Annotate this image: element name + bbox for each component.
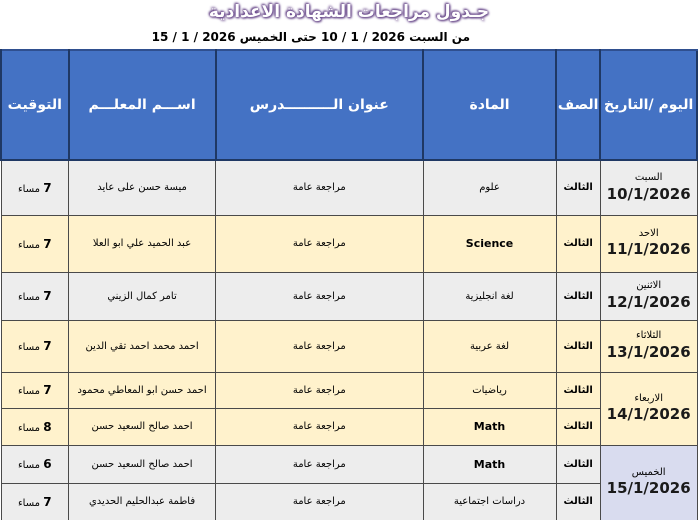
- time-cell: 7 مساء: [1, 272, 69, 320]
- table-row: الاربعاء 14/1/2026 الثالث رياضيات مراجعة…: [1, 372, 697, 408]
- teacher-cell: احمد حسن ابو المعاطي محمود: [69, 372, 216, 408]
- time-suffix: مساء: [18, 184, 43, 195]
- time-suffix: مساء: [18, 292, 43, 303]
- grade-cell: الثالث: [556, 160, 600, 215]
- lesson-title-cell: مراجعة عامة: [216, 160, 423, 215]
- grade-cell: الثالث: [556, 445, 600, 483]
- time-hour: 7: [43, 495, 51, 509]
- day-cell: السبت 10/1/2026: [600, 160, 697, 215]
- day-cell: الاربعاء 14/1/2026: [600, 372, 697, 445]
- lesson-title-cell: مراجعة عامة: [216, 408, 423, 445]
- day-name: الاحد: [601, 228, 697, 241]
- date-range-subtitle: من السبت 2026 / 1 / 10 حتى الخميس 2026 /…: [0, 28, 470, 46]
- table-row: الخميس 15/1/2026 الثالث Math مراجعة عامة…: [1, 445, 697, 483]
- time-cell: 8 مساء: [1, 408, 69, 445]
- day-date: 15/1/2026: [601, 479, 697, 498]
- teacher-cell: ميسة حسن على عايد: [69, 160, 216, 215]
- table-row: الاحد 11/1/2026 الثالث Science مراجعة عا…: [1, 215, 697, 272]
- grade-cell: الثالث: [556, 215, 600, 272]
- time-hour: 7: [43, 237, 51, 251]
- day-cell: الاثنين 12/1/2026: [600, 272, 697, 320]
- table-row: الثالث Math مراجعة عامة احمد صالح السعيد…: [1, 408, 697, 445]
- time-hour: 7: [43, 383, 51, 397]
- header-subject: المادة: [423, 50, 556, 160]
- grade-cell: الثالث: [556, 272, 600, 320]
- day-name: الاربعاء: [601, 393, 697, 406]
- subject-cell: لغة انجليزية: [423, 272, 556, 320]
- teacher-cell: فاطمة عبدالحليم الحديدي: [69, 483, 216, 520]
- time-suffix: مساء: [18, 386, 43, 397]
- day-cell: الثلاثاء 13/1/2026: [600, 320, 697, 372]
- subject-cell: Math: [423, 408, 556, 445]
- day-name: الثلاثاء: [601, 330, 697, 343]
- day-name: الاثنين: [601, 280, 697, 293]
- time-hour: 6: [43, 457, 51, 471]
- lesson-title-cell: مراجعة عامة: [216, 215, 423, 272]
- day-date: 12/1/2026: [601, 293, 697, 312]
- day-cell: الخميس 15/1/2026: [600, 445, 697, 520]
- time-cell: 7 مساء: [1, 320, 69, 372]
- page-title: جـدول مراجعات الشهادة الاعدادية: [0, 0, 698, 24]
- lesson-title-cell: مراجعة عامة: [216, 372, 423, 408]
- day-name: السبت: [601, 172, 697, 185]
- header-lesson-title: عنوان الــــــــــدرس: [216, 50, 423, 160]
- time-suffix: مساء: [18, 240, 43, 251]
- table-row: السبت 10/1/2026 الثالث علوم مراجعة عامة …: [1, 160, 697, 215]
- day-date: 14/1/2026: [601, 405, 697, 424]
- time-hour: 8: [43, 420, 51, 434]
- time-cell: 7 مساء: [1, 483, 69, 520]
- time-suffix: مساء: [18, 342, 43, 353]
- review-schedule-table: اليوم /التاريخ الصف المادة عنوان الـــــ…: [0, 49, 698, 520]
- grade-cell: الثالث: [556, 372, 600, 408]
- lesson-title-cell: مراجعة عامة: [216, 483, 423, 520]
- grade-cell: الثالث: [556, 408, 600, 445]
- time-cell: 7 مساء: [1, 215, 69, 272]
- subject-cell: علوم: [423, 160, 556, 215]
- subject-cell: Math: [423, 445, 556, 483]
- time-cell: 6 مساء: [1, 445, 69, 483]
- time-suffix: مساء: [18, 498, 43, 509]
- time-hour: 7: [43, 289, 51, 303]
- header-time: التوقيت: [1, 50, 69, 160]
- subject-cell: دراسات اجتماعية: [423, 483, 556, 520]
- teacher-cell: عبد الحميد علي ابو العلا: [69, 215, 216, 272]
- teacher-cell: احمد صالح السعيد حسن: [69, 445, 216, 483]
- table-row: الاثنين 12/1/2026 الثالث لغة انجليزية مر…: [1, 272, 697, 320]
- time-hour: 7: [43, 181, 51, 195]
- subject-cell: لغة عربية: [423, 320, 556, 372]
- header-grade: الصف: [556, 50, 600, 160]
- teacher-cell: احمد صالح السعيد حسن: [69, 408, 216, 445]
- header-teacher: اســـم المعلـــم: [69, 50, 216, 160]
- lesson-title-cell: مراجعة عامة: [216, 445, 423, 483]
- table-header-row: اليوم /التاريخ الصف المادة عنوان الـــــ…: [1, 50, 697, 160]
- day-date: 13/1/2026: [601, 343, 697, 362]
- table-row: الثالث دراسات اجتماعية مراجعة عامة فاطمة…: [1, 483, 697, 520]
- lesson-title-cell: مراجعة عامة: [216, 320, 423, 372]
- subject-cell: Science: [423, 215, 556, 272]
- teacher-cell: احمد محمد احمد تقي الدين: [69, 320, 216, 372]
- header-day-date: اليوم /التاريخ: [600, 50, 697, 160]
- time-cell: 7 مساء: [1, 160, 69, 215]
- subject-cell: رياضيات: [423, 372, 556, 408]
- time-cell: 7 مساء: [1, 372, 69, 408]
- day-date: 10/1/2026: [601, 185, 697, 204]
- day-cell: الاحد 11/1/2026: [600, 215, 697, 272]
- time-suffix: مساء: [18, 460, 43, 471]
- grade-cell: الثالث: [556, 320, 600, 372]
- day-name: الخميس: [601, 467, 697, 480]
- time-hour: 7: [43, 339, 51, 353]
- time-suffix: مساء: [18, 423, 43, 434]
- day-date: 11/1/2026: [601, 240, 697, 259]
- lesson-title-cell: مراجعة عامة: [216, 272, 423, 320]
- table-row: الثلاثاء 13/1/2026 الثالث لغة عربية مراج…: [1, 320, 697, 372]
- grade-cell: الثالث: [556, 483, 600, 520]
- teacher-cell: تامر كمال الزيني: [69, 272, 216, 320]
